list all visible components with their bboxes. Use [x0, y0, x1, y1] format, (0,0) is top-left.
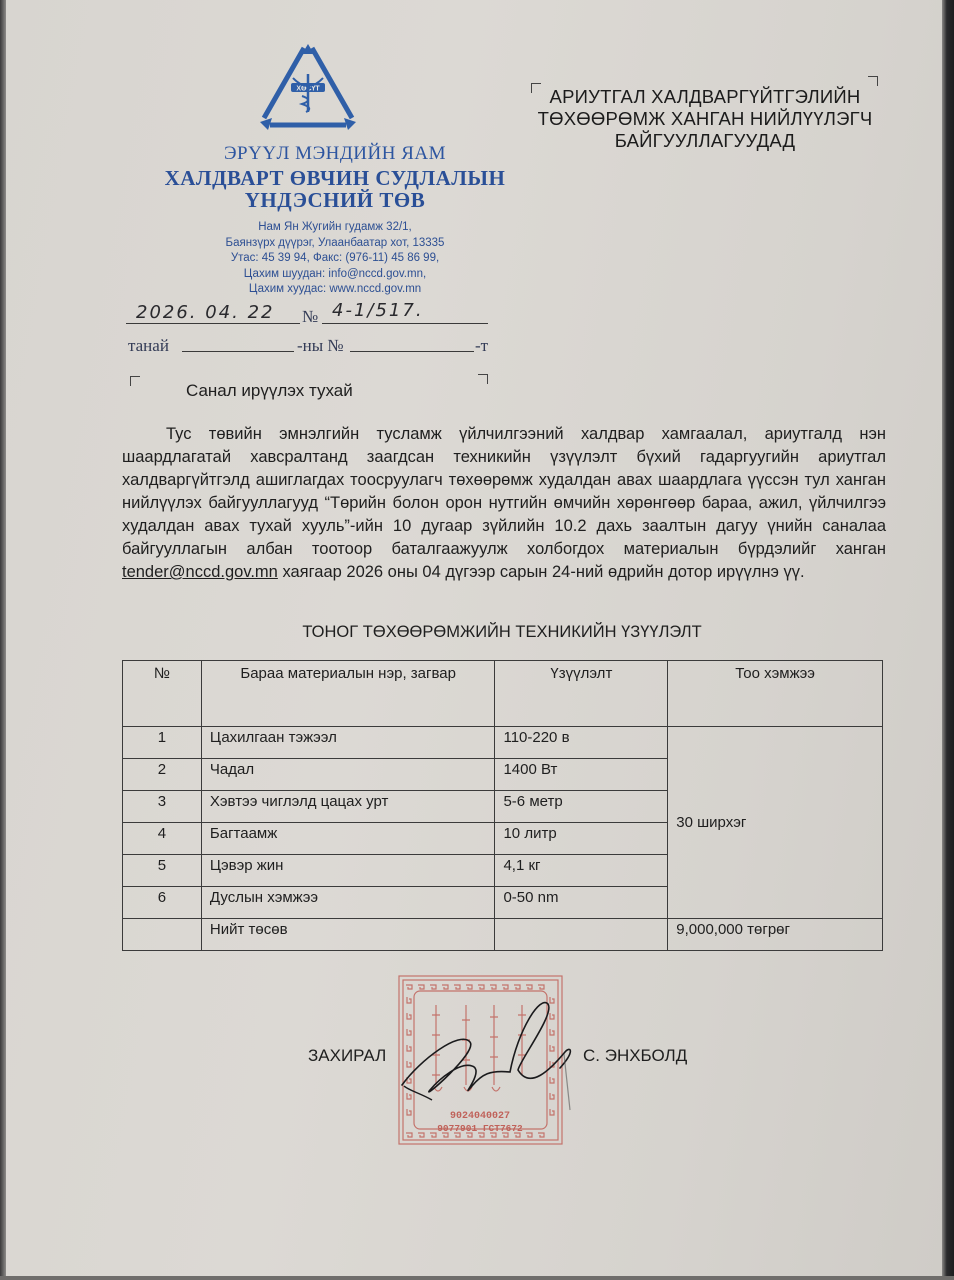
row-number: 1 [123, 727, 202, 759]
row-item-name: Цахилгаан тэжээл [201, 727, 495, 759]
letter-date: 2026. 04. 22 [136, 302, 275, 323]
address-district: Баянзүрх дүүрэг, Улаанбаатар хот, 13335 [150, 236, 520, 252]
table-row: 1 Цахилгаан тэжээл 110-220 в 30 ширхэг [123, 727, 883, 759]
yours-end: -т [475, 336, 488, 356]
subject-corner-right [478, 374, 488, 384]
recipient-corner-right [868, 76, 878, 86]
row-spec-value: 10 литр [495, 823, 668, 855]
number-underline [322, 323, 488, 324]
address-website: Цахим хуудас: www.nccd.gov.mn [150, 282, 520, 298]
row-spec-value: 4,1 кг [495, 855, 668, 887]
recipient-line-2: ТӨХӨӨРӨМЖ ХАНГАН НИЙЛҮҮЛЭГЧ [500, 108, 910, 130]
photo-edge-bottom [0, 1276, 954, 1280]
row-spec-value: 0-50 nm [495, 887, 668, 919]
row-number: 3 [123, 791, 202, 823]
row-number: 4 [123, 823, 202, 855]
number-sign: № [302, 307, 318, 327]
photo-edge-right [942, 0, 954, 1280]
row-item-name: Хэвтээ чиглэлд цацах урт [201, 791, 495, 823]
total-row: Нийт төсөв 9,000,000 төгрөг [123, 919, 883, 951]
spec-table: № Бараа материалын нэр, загвар Үзүүлэлт … [122, 660, 883, 951]
director-signature-icon [400, 990, 580, 1130]
row-item-name: Цэвэр жин [201, 855, 495, 887]
yours-date-underline [182, 351, 294, 352]
row-item-name: Чадал [201, 759, 495, 791]
org-address: Нам Ян Жугийн гудамж 32/1, Баянзүрх дүүр… [150, 220, 520, 298]
row-item-name: Дуслын хэмжээ [201, 887, 495, 919]
header-specification: Үзүүлэлт [495, 661, 668, 727]
director-title: ЗАХИРАЛ [308, 1046, 386, 1066]
recipient-line-3: БАЙГУУЛЛАГУУДАД [500, 130, 910, 152]
letter-body: Тус төвийн эмнэлгийн тусламж үйлчилгээни… [122, 423, 886, 584]
row-number: 5 [123, 855, 202, 887]
recipient-block: АРИУТГАЛ ХАЛДВАРГҮЙТГЭЛИЙН ТӨХӨӨРӨМЖ ХАН… [500, 86, 910, 152]
body-text-end: хаягаар 2026 оны 04 дүгээр сарын 24-ний … [278, 563, 805, 581]
address-phone: Утас: 45 39 94, Факс: (976-11) 45 86 99, [150, 251, 520, 267]
recipient-line-1: АРИУТГАЛ ХАЛДВАРГҮЙТГЭЛИЙН [500, 86, 910, 108]
yours-label: танай [128, 336, 169, 356]
letter-subject: Санал ирүүлэх тухай [186, 381, 353, 401]
header-number: № [123, 661, 202, 727]
row-spec-value: 1400 Вт [495, 759, 668, 791]
address-street: Нам Ян Жугийн гудамж 32/1, [150, 220, 520, 236]
row-spec-value: 110-220 в [495, 727, 668, 759]
director-name: С. ЭНХБОЛД [583, 1046, 687, 1066]
yours-number-underline [350, 351, 474, 352]
ministry-name: ЭРҮҮЛ МЭНДИЙН ЯАМ [150, 143, 520, 165]
spec-table-header: № Бараа материалын нэр, загвар Үзүүлэлт … [123, 661, 883, 727]
row-spec-value: 5-6 метр [495, 791, 668, 823]
yours-number-label: -ны № [297, 336, 344, 356]
row-item-name: Багтаамж [201, 823, 495, 855]
org-name-line-2: ҮНДЭСНИЙ ТӨВ [150, 188, 520, 213]
address-email: Цахим шуудан: info@nccd.gov.mn, [150, 267, 520, 283]
date-underline [126, 323, 300, 324]
body-text-main: Тус төвийн эмнэлгийн тусламж үйлчилгээни… [122, 425, 886, 558]
total-value: 9,000,000 төгрөг [668, 919, 883, 951]
header-item-name: Бараа материалын нэр, загвар [201, 661, 495, 727]
spec-table-title: ТОНОГ ТӨХӨӨРӨМЖИЙН ТЕХНИКИЙН ҮЗҮҮЛЭЛТ [122, 623, 882, 642]
row-number: 6 [123, 887, 202, 919]
nccd-logo-icon: ХӨСҮТ [258, 42, 358, 130]
quantity-cell: 30 ширхэг [668, 727, 883, 919]
tender-email-link[interactable]: tender@nccd.gov.mn [122, 563, 278, 581]
total-label: Нийт төсөв [201, 919, 495, 951]
letter-number: 4-1/517. [332, 300, 424, 321]
row-number: 2 [123, 759, 202, 791]
header-quantity: Тоо хэмжээ [668, 661, 883, 727]
total-spec-empty [495, 919, 668, 951]
total-number-empty [123, 919, 202, 951]
subject-corner-left [130, 376, 140, 386]
